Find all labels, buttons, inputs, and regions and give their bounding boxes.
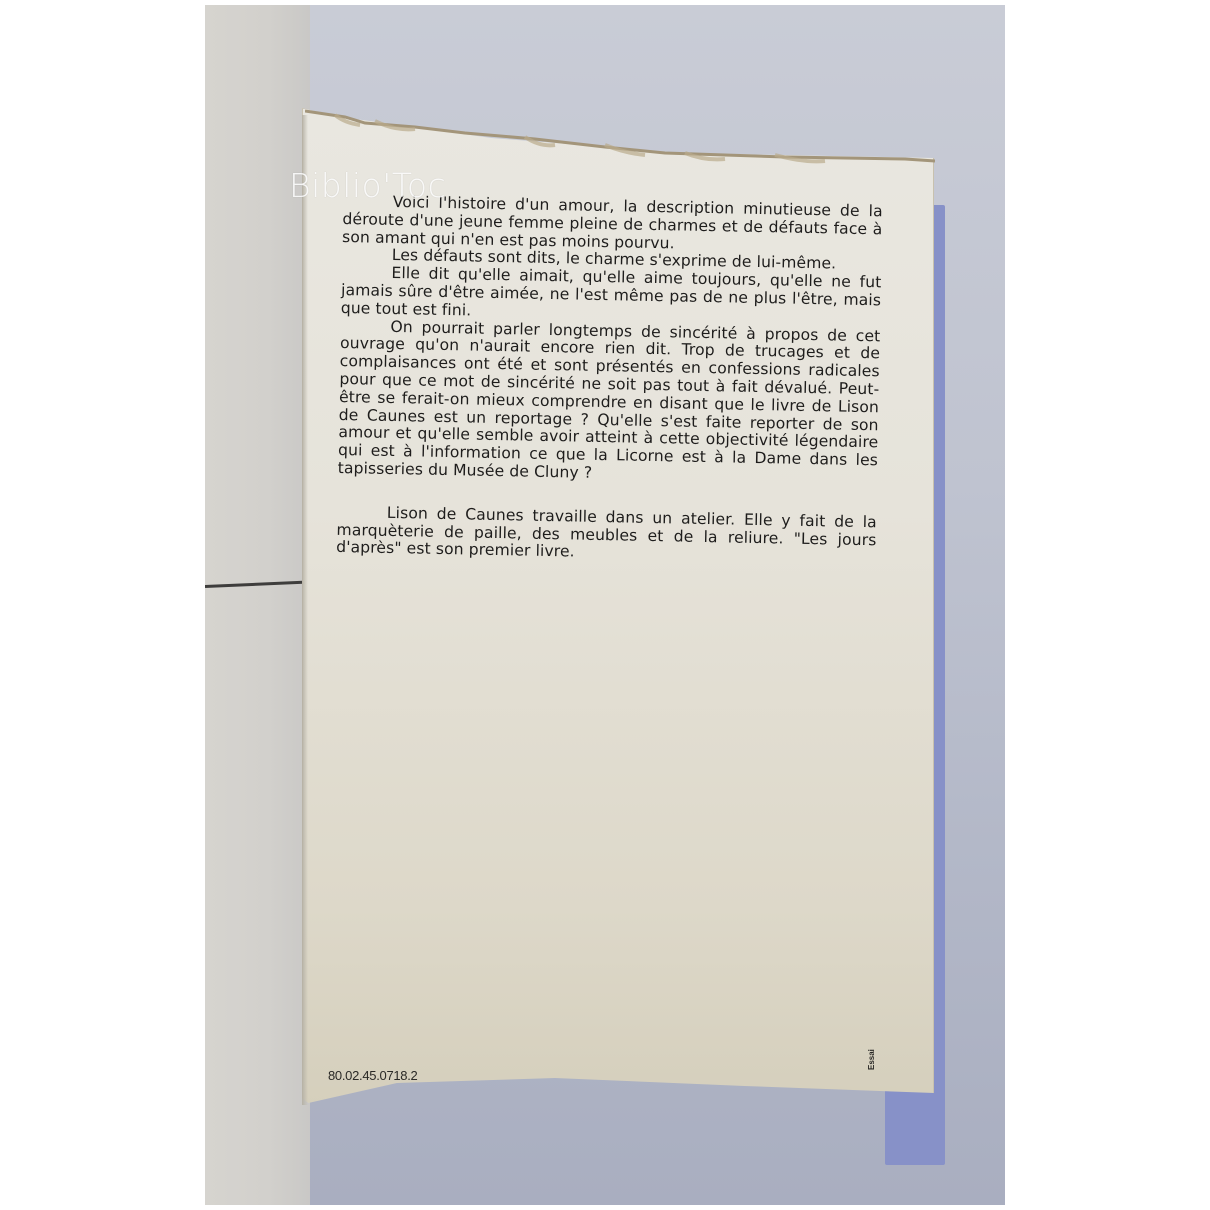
blurb-paragraph: On pourrait parler longtemps de sincérit… [338,318,881,489]
isbn-code: 80.02.45.0718.2 [328,1068,417,1083]
cover-left-edge [302,115,308,1105]
back-cover-blurb: Voici l'histoire d'un amour, la descript… [336,193,883,567]
author-bio: Lison de Caunes travaille dans un atelie… [336,504,877,568]
watermark-logo: Biblio'Toc [289,166,446,205]
printer-mark: Essai [867,1049,876,1070]
